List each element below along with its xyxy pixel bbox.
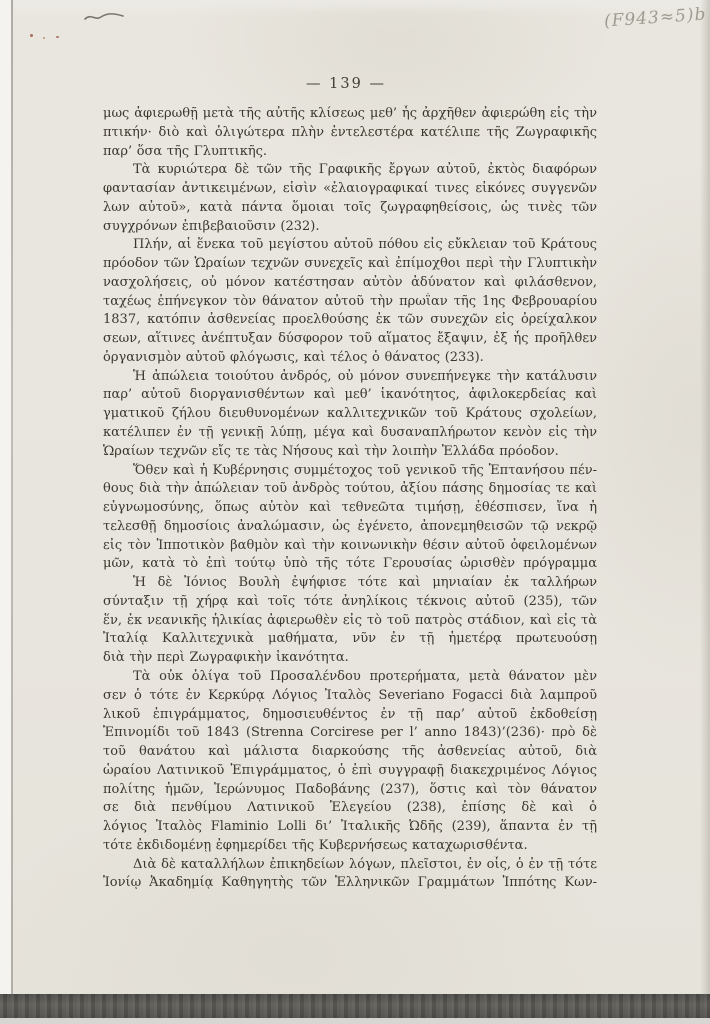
page-number: — 139 — bbox=[100, 76, 592, 92]
text-line: νασχολήσεις, οὐ μόνον κατέστησαν αὐτὸν ἀ… bbox=[103, 274, 597, 293]
text-line: λόγιος Ἰταλὸς Flaminio Lolli δι’ Ἰταλικῆ… bbox=[103, 818, 597, 837]
text-line: γματικοῦ ζήλου διευθυνομένων καλλιτεχνικ… bbox=[103, 405, 597, 424]
ink-speck bbox=[30, 34, 33, 37]
text-line: θους διὰ τὴν ἀπώλειαν τοῦ ἀνδρὸς τούτου,… bbox=[103, 480, 597, 499]
pencil-mark-icon bbox=[83, 8, 125, 27]
text-line: Τὰ οὐκ ὀλίγα τοῦ Προσαλένδου προτερήματα… bbox=[103, 668, 597, 687]
scanned-page: (F943≈5)b — 139 — μως ἀφιερωθῇ μετὰ τῆς … bbox=[0, 0, 710, 1024]
text-line: σε διὰ πενθίμου Λατινικοῦ Ἐλεγείου (238)… bbox=[103, 799, 597, 818]
text-line: πτικήν· διὸ καὶ ὀλιγώτερα πλὴν ἐντελεστέ… bbox=[103, 124, 597, 143]
text-line: Ἐπινομίδι τοῦ 1843 (Strenna Corcirese pe… bbox=[103, 724, 597, 743]
text-line: μως ἀφιερωθῇ μετὰ τῆς αὐτῆς κλίσεως μεθ’… bbox=[103, 105, 597, 124]
text-line: Ἡ δὲ Ἰόνιος Βουλὴ ἐψήφισε τότε καὶ μηνια… bbox=[103, 574, 597, 593]
page-fold-line bbox=[11, 0, 13, 996]
text-line: τότε ἐκδιδομένῃ ἐφημερίδει τῆς Κυβερνήσε… bbox=[103, 837, 597, 856]
page: (F943≈5)b — 139 — μως ἀφιερωθῇ μετὰ τῆς … bbox=[13, 0, 710, 996]
text-line: Πλήν, αἱ ἕνεκα τοῦ μεγίστου αὐτοῦ πόθου … bbox=[103, 236, 597, 255]
text-line: λων αὐτοῦ», κατὰ πάντα ὅμοιαι τοῖς ζωγρα… bbox=[103, 199, 597, 218]
text-line: 1837, κατόπιν ἀσθενείας προελθούσης ἐκ τ… bbox=[103, 311, 597, 330]
text-line: φαντασίαν ἀντικειμένων, εἰσὶν «ἐλαιογραφ… bbox=[103, 180, 597, 199]
text-line: σεων, αἵτινες ἀνέπτυξαν δύσφορον τοῦ αἵμ… bbox=[103, 330, 597, 349]
text-line: Διὰ δὲ καταλλήλων ἐπικηδείων λόγων, πλεῖ… bbox=[103, 856, 597, 875]
text-line: Ὅθεν καὶ ἡ Κυβέρνησις συμμέτοχος τοῦ γεν… bbox=[103, 462, 597, 481]
scan-margin-bottom bbox=[0, 1018, 710, 1024]
text-line: Ἡ ἀπώλεια τοιούτου ἀνδρός, οὐ μόνον συνε… bbox=[103, 368, 597, 387]
text-line: τελεσθῇ δημοσίοις ἀναλώμασιν, ὡς ἐγένετο… bbox=[103, 518, 597, 537]
ink-speck bbox=[43, 37, 45, 39]
text-line: εὐγνωμοσύνης, ὅπως αὐτὸν καὶ τεθνεῶτα τι… bbox=[103, 499, 597, 518]
text-line: ἕν, ἐκ νεανικῆς ἡλικίας ἀφιερωθὲν εἰς τὸ… bbox=[103, 612, 597, 631]
text-line: λικοῦ ἐπιγράμματος, δημοσιευθέντος ἐν τῇ… bbox=[103, 706, 597, 725]
text-line: ὀργανισμὸν αὐτοῦ φλόγωσις, καὶ τέλος ὁ θ… bbox=[103, 349, 597, 368]
ink-speck bbox=[56, 36, 59, 38]
text-line: παρ’ αὐτοῦ διοργανισθέντων καὶ μεθ’ ἱκαν… bbox=[103, 386, 597, 405]
scan-margin-left bbox=[0, 0, 11, 1024]
text-line: εἰς τὸν Ἱπποτικὸν βαθμὸν καὶ τὴν κοινωνι… bbox=[103, 537, 597, 556]
text-line: Τὰ κυριώτερα δὲ τῶν τῆς Γραφικῆς ἔργων α… bbox=[103, 161, 597, 180]
text-line: Ἰονίῳ Ἀκαδημίᾳ Καθηγητὴς τῶν Ἑλληνικῶν Γ… bbox=[103, 874, 597, 893]
text-line: παρ’ ὅσα τῆς Γλυπτικῆς. bbox=[103, 143, 597, 162]
text-line: τοῦ θανάτου καὶ μάλιστα διαρκούσης τῆς ἀ… bbox=[103, 743, 597, 762]
text-line: διὰ τὴν περὶ Ζωγραφικὴν ἱκανότητα. bbox=[103, 649, 597, 668]
text-line: ταχέως ἐπήνεγκον τὸν θάνατον αὐτοῦ τὴν π… bbox=[103, 293, 597, 312]
text-block: μως ἀφιερωθῇ μετὰ τῆς αὐτῆς κλίσεως μεθ’… bbox=[103, 105, 597, 893]
text-line: ὡραίου Λατινικοῦ Ἐπιγράμματος, ὁ ἐπὶ συγ… bbox=[103, 762, 597, 781]
text-line: μῶν, κατὰ τὸ ἐπὶ τούτῳ ὑπὸ τῆς τότε Γερο… bbox=[103, 555, 597, 574]
text-line: συγχρόνων ἐπιβεβαιοῦσιν (232). bbox=[103, 218, 597, 237]
text-line: κατέλιπεν ἐν τῇ γενικῇ λύπῃ, μέγα καὶ δυ… bbox=[103, 424, 597, 443]
text-line: Ὡραίων τεχνῶν εἴς τε τὰς Νήσους καὶ τὴν … bbox=[103, 443, 597, 462]
text-line: πρόοδον τῶν Ὡραίων τεχνῶν συνεχεῖς καὶ ἐ… bbox=[103, 255, 597, 274]
text-line: σεν ὁ τότε ἐν Κερκύρᾳ Λόγιος Ἰταλὸς Seve… bbox=[103, 687, 597, 706]
text-line: σύνταξιν τῇ χήρᾳ καὶ τοῖς τότε ἀνηλίκοις… bbox=[103, 593, 597, 612]
text-line: πολίτης ἡμῶν, Ἱερώνυμος Παδοβάνης (237),… bbox=[103, 781, 597, 800]
book-edge-band bbox=[0, 994, 710, 1018]
page-right-shade bbox=[700, 0, 710, 996]
text-line: Ἰταλίᾳ Καλλιτεχνικὰ μαθήματα, νῦν ἐν τῇ … bbox=[103, 630, 597, 649]
